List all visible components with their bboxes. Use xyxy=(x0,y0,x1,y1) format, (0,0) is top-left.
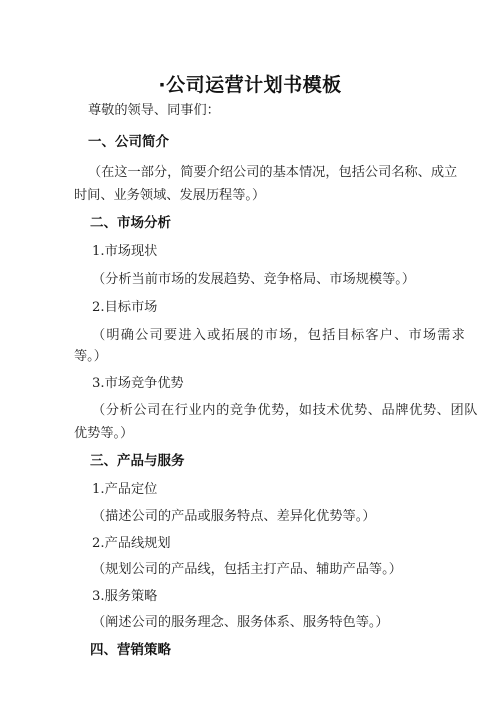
subsection-label: 2.目标市场 xyxy=(92,300,157,316)
paragraph-line: （在这一部分，简要介绍公司的基本情况，包括公司名称、成立 xyxy=(88,165,457,181)
paragraph-line: （规划公司的产品线，包括主打产品、辅助产品等。） xyxy=(92,562,402,578)
paragraph-line: （阐述公司的服务理念、服务体系、服务特色等。） xyxy=(92,615,389,631)
subsection-label: 2.产品线规划 xyxy=(92,536,171,552)
document-title: ·公司运营计划书模板 xyxy=(0,70,500,97)
subsection-label: 3.市场竞争优势 xyxy=(92,376,184,392)
paragraph-line: 优势等。） xyxy=(74,426,133,442)
document-page: ·公司运营计划书模板 尊敬的领导、同事们： 一、公司简介 （在这一部分，简要介绍… xyxy=(0,0,500,707)
paragraph-line: 等。） xyxy=(74,349,107,365)
paragraph-line: （分析当前市场的发展趋势、竞争格局、市场规模等。） xyxy=(92,272,415,288)
paragraph-line: （描述公司的产品或服务特点、差异化优势等。） xyxy=(92,509,376,525)
section-heading-products-services: 三、产品与服务 xyxy=(90,453,185,469)
paragraph-line: 时间、业务领域、发展历程等。） xyxy=(74,188,265,204)
section-heading-marketing-strategy: 四、营销策略 xyxy=(90,642,171,658)
greeting: 尊敬的领导、同事们： xyxy=(88,103,220,119)
paragraph-line: （明确公司要进入或拓展的市场，包括目标客户、市场需求 xyxy=(92,328,466,344)
subsection-label: 3.服务策略 xyxy=(92,589,157,605)
subsection-label: 1.市场现状 xyxy=(92,244,157,260)
subsection-label: 1.产品定位 xyxy=(92,482,157,498)
section-heading-company-intro: 一、公司简介 xyxy=(88,134,169,150)
paragraph-line: （分析公司在行业内的竞争优势，如技术优势、品牌优势、团队 xyxy=(92,403,478,419)
section-heading-market-analysis: 二、市场分析 xyxy=(90,215,171,231)
